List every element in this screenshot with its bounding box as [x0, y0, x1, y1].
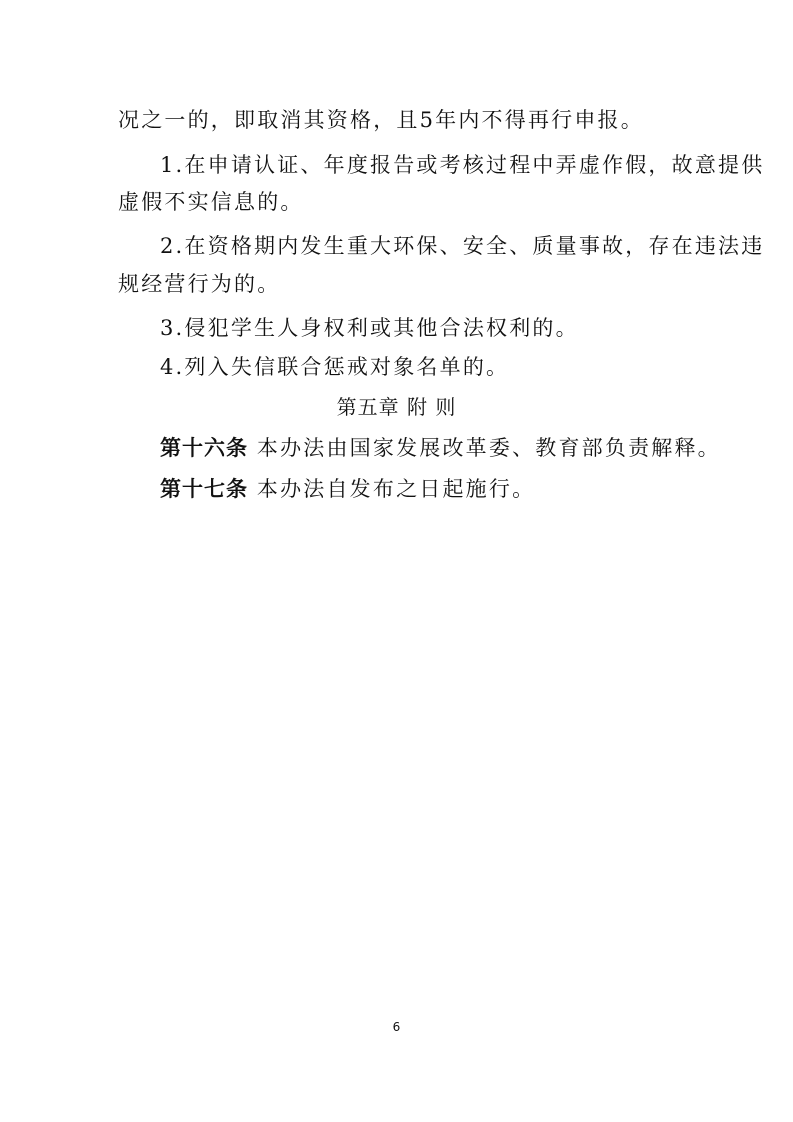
list-item-1-cont: 虚假不实信息的。 — [118, 188, 304, 216]
chapter-heading: 第五章 附 则 — [0, 393, 793, 421]
list-item-1: 1.在申请认证、年度报告或考核过程中弄虚作假，故意提供 — [160, 151, 764, 179]
article-16: 第十六条 本办法由国家发展改革委、教育部负责解释。 — [160, 434, 721, 462]
list-item-3: 3.侵犯学生人身权利或其他合法权利的。 — [160, 314, 579, 342]
list-item-4: 4.列入失信联合惩戒对象名单的。 — [160, 353, 509, 381]
article-text: 本办法由国家发展改革委、教育部负责解释。 — [248, 436, 721, 460]
article-label: 第十七条 — [160, 477, 248, 501]
article-label: 第十六条 — [160, 436, 248, 460]
article-text: 本办法自发布之日起施行。 — [248, 477, 535, 501]
list-item-2: 2.在资格期内发生重大环保、安全、质量事故，存在违法违 — [160, 232, 764, 260]
page-number: 6 — [0, 1020, 793, 1034]
list-item-2-cont: 规经营行为的。 — [118, 270, 280, 298]
article-17: 第十七条 本办法自发布之日起施行。 — [160, 475, 535, 503]
paragraph-line: 况之一的，即取消其资格，且5年内不得再行申报。 — [118, 106, 644, 134]
